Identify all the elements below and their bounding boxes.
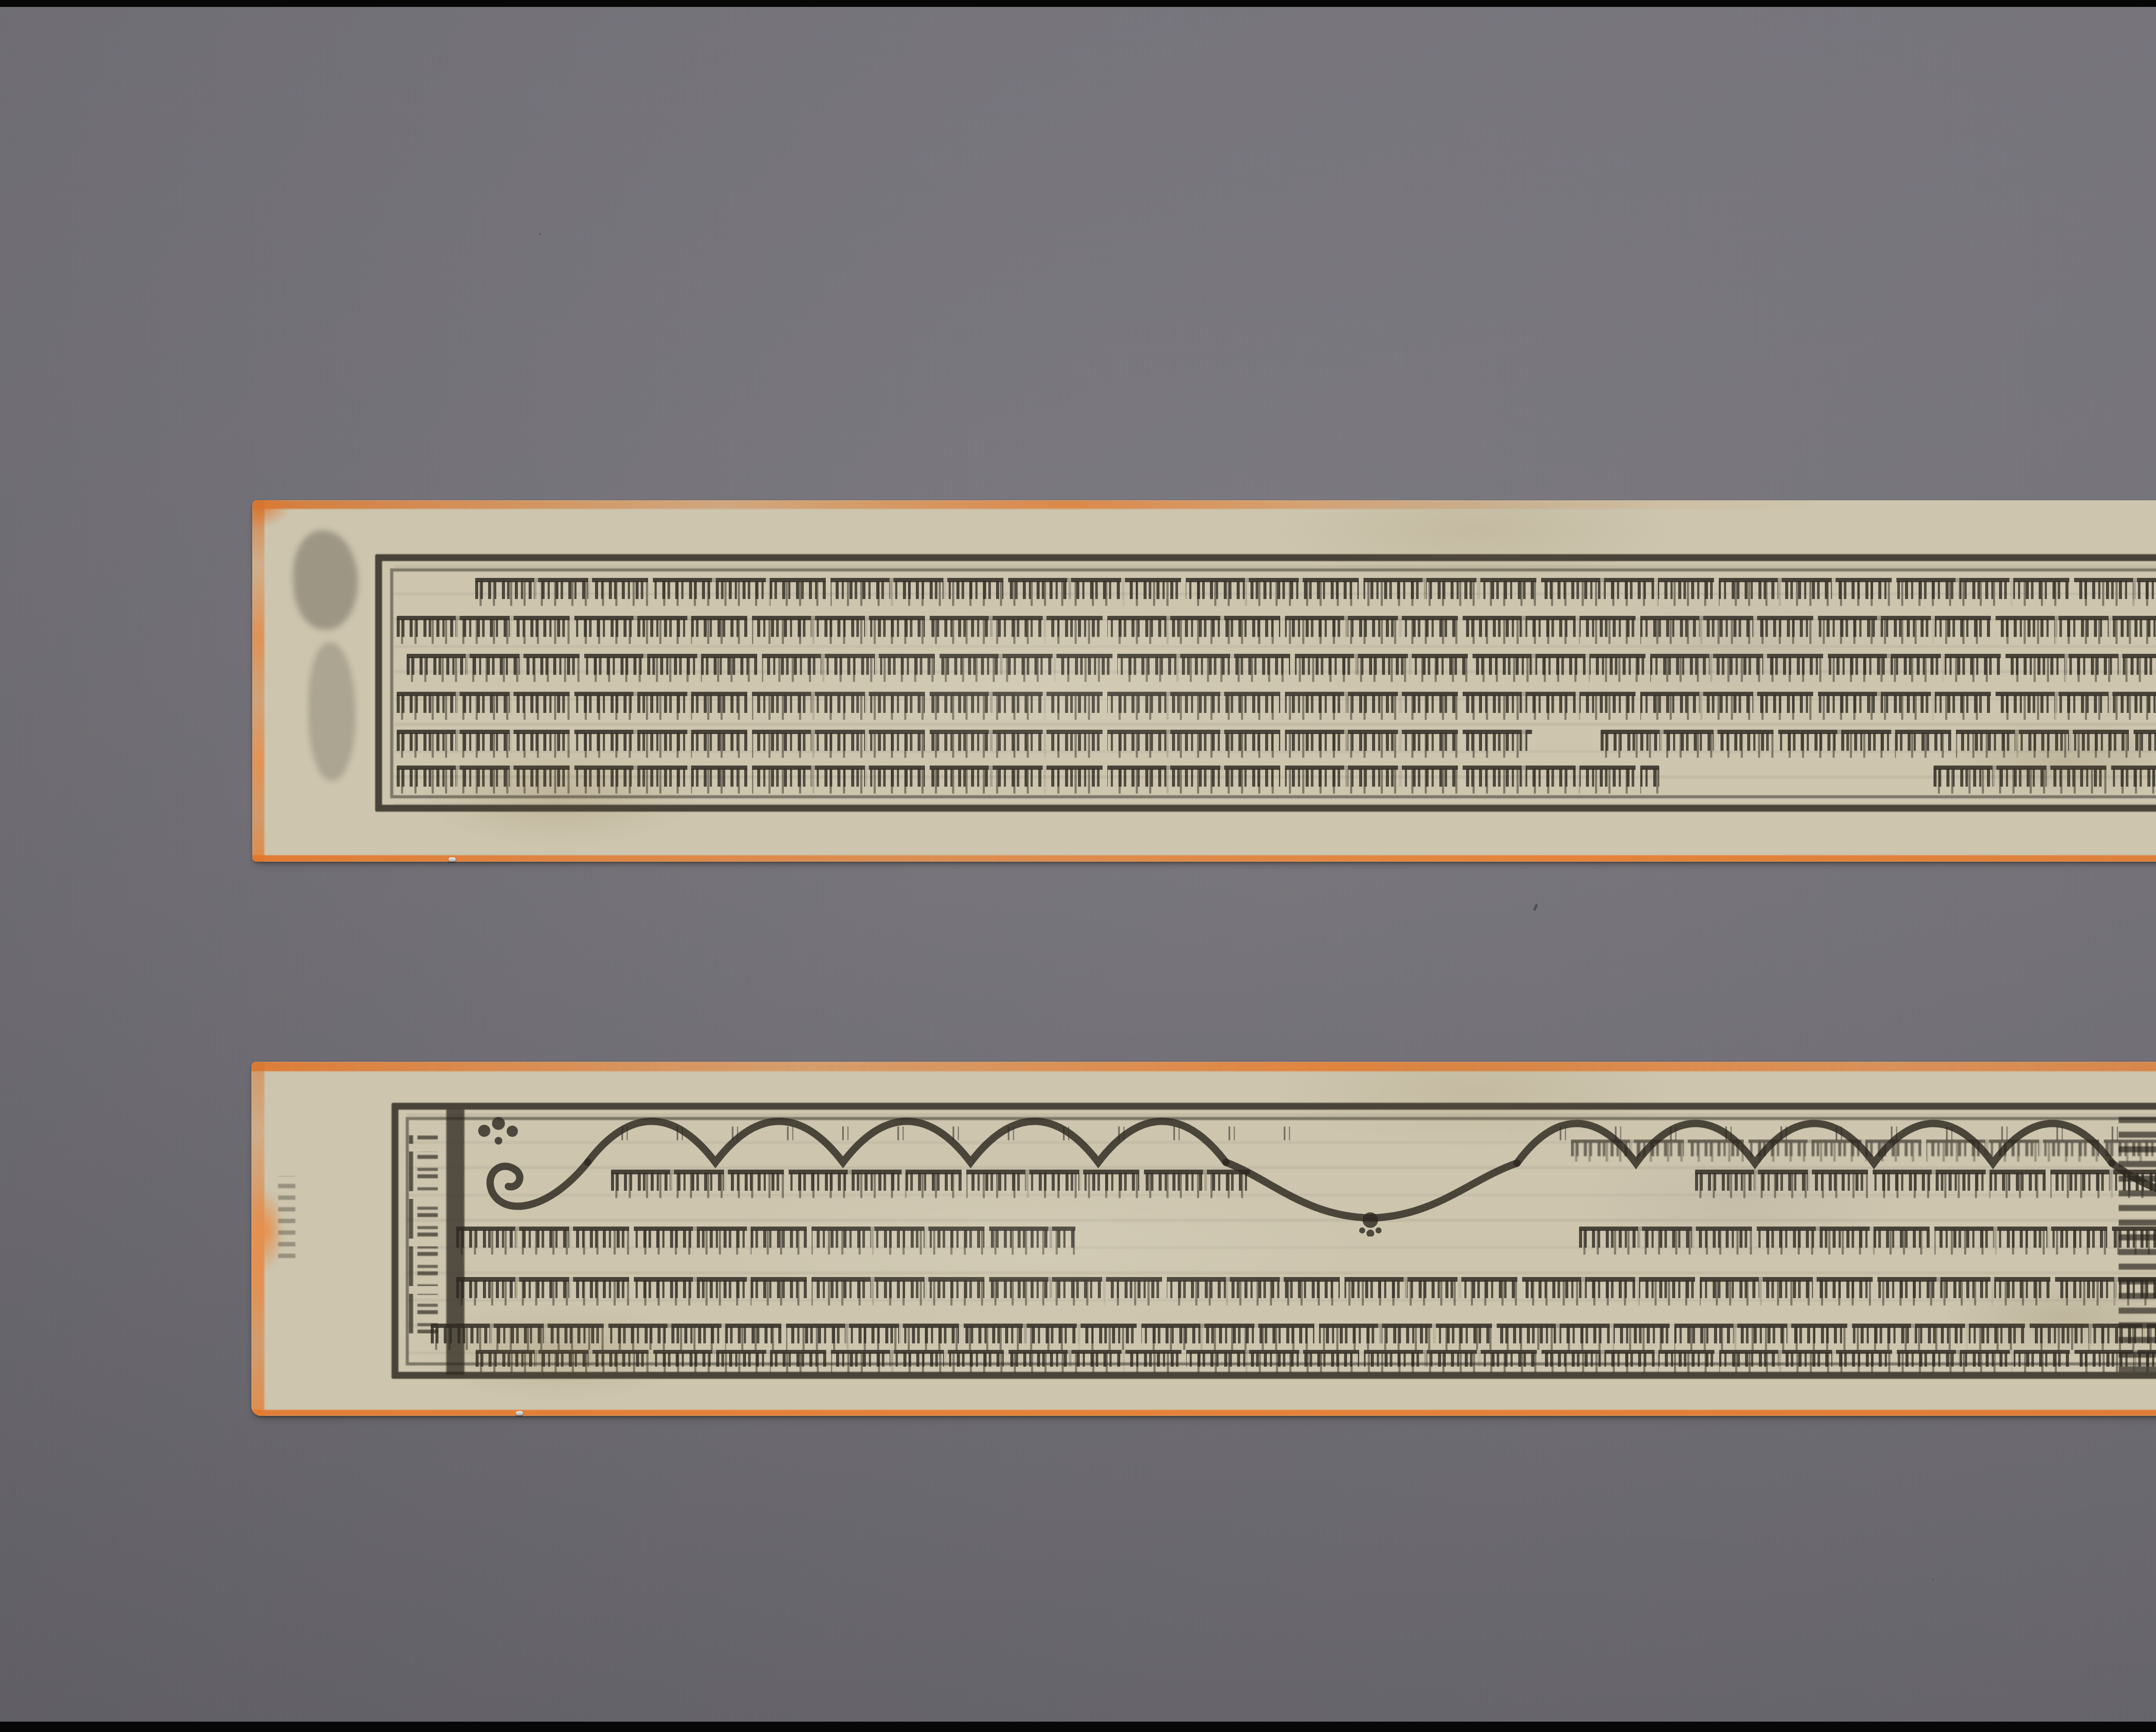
folio-number-marks [278, 1176, 295, 1258]
text-line-upper-3 [407, 654, 2156, 682]
orange-edge-top [251, 1062, 2156, 1071]
text-line-lower-1 [611, 1170, 1250, 1198]
text-line-lower-1 [1695, 1170, 2156, 1198]
text-line-lower-4 [431, 1324, 2156, 1350]
text-line-upper-1 [475, 578, 2156, 606]
text-line-lower-2 [456, 1227, 1076, 1255]
text-line-lower-3 [456, 1277, 2156, 1305]
text-line-upper-2 [397, 616, 2156, 644]
trefoil-finial-left [478, 1117, 518, 1145]
folio-numeral-row [596, 1126, 2156, 1140]
small-header-line [1571, 1139, 2156, 1162]
manuscript-leaf-upper [252, 500, 2156, 862]
dust-speck [1533, 904, 1538, 911]
text-line-upper-5 [1601, 730, 2156, 758]
orange-edge-left [252, 500, 264, 862]
text-line-lower-5 [476, 1350, 2156, 1372]
orange-edge-top [252, 500, 1825, 509]
orange-edge-left [251, 1062, 264, 1416]
text-line-upper-5 [397, 730, 1532, 758]
text-block [398, 1170, 2156, 1372]
ink-smudge [293, 530, 358, 630]
dust-speck [539, 233, 541, 235]
metal-pin [448, 857, 456, 862]
orange-edge-bottom [252, 855, 2156, 862]
text-line-upper-4 [397, 692, 2156, 720]
orange-edge-corner [252, 500, 307, 540]
ink-smudge [308, 643, 356, 781]
text-line-upper-6 [397, 766, 1659, 794]
text-block [397, 578, 2156, 794]
metal-pin [516, 1411, 523, 1415]
photograph [0, 0, 2156, 1732]
orange-edge-bottom [251, 1410, 2156, 1416]
dust-speck [1932, 1578, 1934, 1581]
manuscript-leaf-lower [251, 1062, 2156, 1416]
text-line-lower-2 [1579, 1227, 2156, 1255]
photo-bottom-bar [0, 1722, 2156, 1732]
text-line-upper-6 [1934, 766, 2156, 794]
photo-top-bar [0, 0, 2156, 7]
